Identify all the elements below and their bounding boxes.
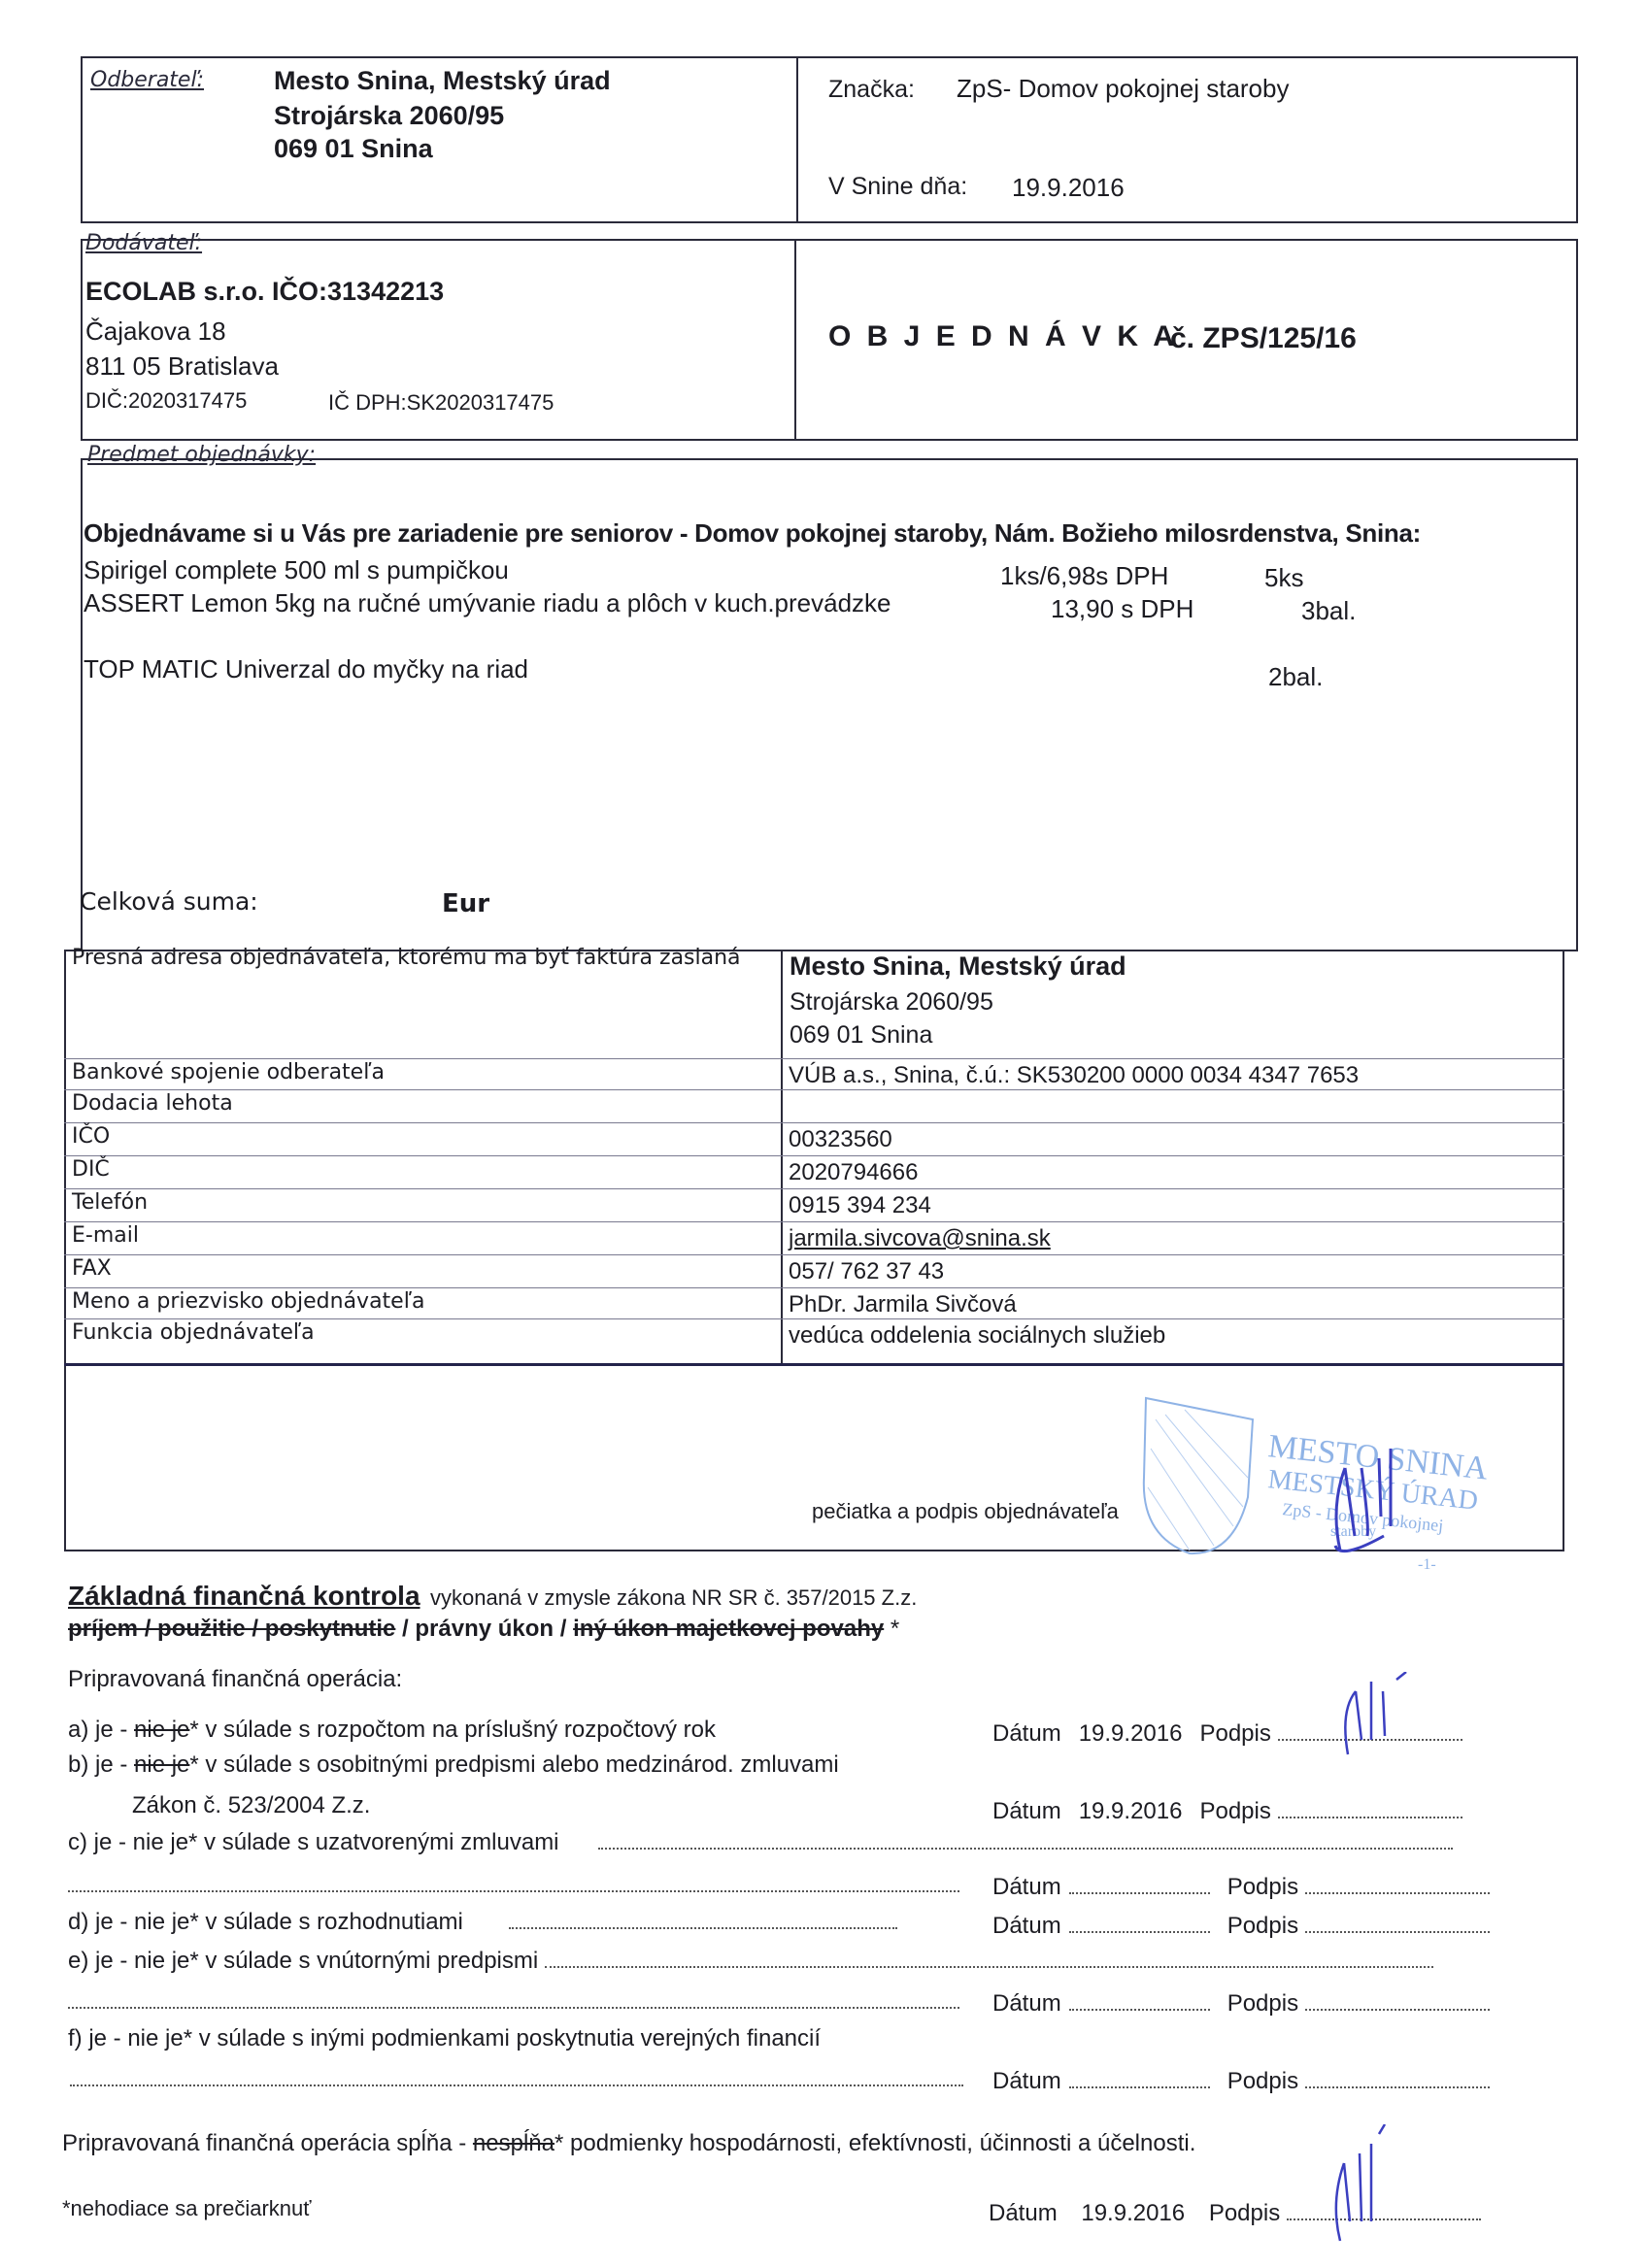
supplier-city: 811 05 Bratislava <box>85 351 279 382</box>
city-stamp-icon: MESTO SNINA MESTSKÝ ÚRAD ZpS - Domov pok… <box>1136 1390 1583 1584</box>
row-divider <box>64 1155 1564 1156</box>
item-qty: 3bal. <box>1301 596 1356 626</box>
sign-row: DátumPodpis <box>992 1990 1490 2018</box>
sign-label: Podpis <box>1199 1720 1270 1747</box>
supplier-divider <box>794 239 796 441</box>
fill-line[interactable] <box>1069 1931 1210 1933</box>
sign-label: Podpis <box>1227 1874 1298 1900</box>
fill-line[interactable] <box>1305 2009 1490 2011</box>
subject-intro: Objednávame si u Vás pre zariadenie pre … <box>84 518 1421 549</box>
control-title: Základná finančná kontrola <box>68 1581 420 1611</box>
struck-type-1: príjem / použitie / poskytnutie <box>68 1616 395 1642</box>
date-label: V Snine dňa: <box>828 173 967 201</box>
detail-value: 0915 394 234 <box>789 1192 931 1219</box>
fill-row <box>68 1988 959 2016</box>
date-label: Dátum <box>992 2068 1061 2094</box>
sign-label: Podpis <box>1227 1913 1298 1939</box>
row-divider <box>64 1089 1564 1090</box>
details-bottom-divider <box>64 1363 1564 1366</box>
detail-label: Funkcia objednávateľa <box>72 1320 315 1345</box>
supplier-street: Čajakova 18 <box>85 317 226 347</box>
detail-label: DIČ <box>72 1157 110 1182</box>
item-name: ASSERT Lemon 5kg na ručné umývanie riadu… <box>84 588 891 618</box>
sign-label: Podpis <box>1199 1798 1270 1824</box>
odberatel-name: Mesto Snina, Mestský úrad <box>274 66 611 96</box>
detail-label: FAX <box>72 1256 112 1281</box>
final-date: 19.9.2016 <box>1081 2200 1185 2226</box>
total-label: Celková suma: <box>80 887 258 916</box>
fill-line[interactable] <box>68 1890 959 1892</box>
control-item-e: e) je - nie je* v súlade s vnútornými pr… <box>68 1948 1433 1975</box>
supplier-ic-dph: IČ DPH:SK2020317475 <box>328 390 554 416</box>
fill-line[interactable] <box>1069 2009 1210 2011</box>
separator: / <box>395 1616 415 1642</box>
order-number: č. ZPS/125/16 <box>1170 322 1357 355</box>
address-label: Presná adresa objednávateľa, ktorému ma … <box>72 946 741 970</box>
control-item-f: f) je - nie je* v súlade s inými podmien… <box>68 2025 821 2052</box>
row-divider <box>64 1058 1564 1059</box>
total-currency: Eur <box>442 889 489 918</box>
conclusion-struck: nespĺňa <box>473 2130 555 2156</box>
separator: / <box>554 1616 573 1642</box>
fill-line[interactable] <box>1305 2086 1490 2088</box>
sign-row: DátumPodpis <box>992 1913 1490 1940</box>
detail-label: Bankové spojenie odberateľa <box>72 1060 385 1084</box>
date-label: Dátum <box>992 1990 1061 2017</box>
detail-label: Dodacia lehota <box>72 1091 233 1116</box>
signature-icon <box>1321 2124 1408 2260</box>
item-price: 13,90 s DPH <box>1051 594 1193 624</box>
kept-type: právny úkon <box>415 1616 554 1642</box>
control-item-b-law: Zákon č. 523/2004 Z.z. <box>132 1792 370 1819</box>
row-divider <box>64 1287 1564 1288</box>
control-type-line: príjem / použitie / poskytnutie / právny… <box>68 1616 899 1643</box>
subject-label: Predmet objednávky: <box>87 443 316 467</box>
detail-value: 057/ 762 37 43 <box>789 1258 944 1285</box>
fill-row <box>70 2066 963 2093</box>
detail-label: Telefón <box>72 1190 148 1215</box>
detail-label: IČO <box>72 1124 110 1149</box>
struck-type-2: iný úkon majetkovej povahy <box>573 1616 884 1642</box>
item-qty: 5ks <box>1264 563 1303 593</box>
control-item-c: c) je - nie je* v súlade s uzatvorenými … <box>68 1829 1453 1856</box>
control-title-suffix: vykonaná v zmysle zákona NR SR č. 357/20… <box>430 1585 917 1610</box>
znacka-value: ZpS- Domov pokojnej staroby <box>957 74 1289 104</box>
address-name: Mesto Snina, Mestský úrad <box>790 951 1126 982</box>
sign-row: DátumPodpis <box>992 2068 1490 2095</box>
date-value: 19.9.2016 <box>1079 1720 1183 1747</box>
fill-row <box>68 1872 959 1899</box>
date-label: Dátum <box>992 1874 1061 1900</box>
fill-line[interactable] <box>1069 2086 1210 2088</box>
item-price: 1ks/6,98s DPH <box>1000 561 1168 591</box>
supplier-name: ECOLAB s.r.o. IČO:31342213 <box>85 277 444 307</box>
header-divider <box>796 56 798 223</box>
supplier-dic: DIČ:2020317475 <box>85 388 247 414</box>
address-city: 069 01 Snina <box>790 1021 932 1050</box>
item-qty: 2bal. <box>1268 662 1323 692</box>
detail-value: 2020794666 <box>789 1159 918 1186</box>
sign-row: DátumPodpis <box>992 1874 1490 1901</box>
fill-line[interactable] <box>70 2085 963 2086</box>
footnote: *nehodiace sa prečiarknuť <box>62 2196 312 2221</box>
control-item-d: d) je - nie je* v súlade s rozhodnutiami <box>68 1909 897 1936</box>
row-divider <box>64 1188 1564 1189</box>
row-divider <box>64 1318 1564 1319</box>
odberatel-label: Odberateľ: <box>90 68 204 92</box>
control-item-b: b) je - nie je* v súlade s osobitnými pr… <box>68 1751 839 1779</box>
fill-line[interactable] <box>1305 1931 1490 1933</box>
conclusion-pre: Pripravovaná finančná operácia spĺňa - <box>62 2130 473 2156</box>
sign-label: Podpis <box>1209 2200 1280 2226</box>
address-street: Strojárska 2060/95 <box>790 988 993 1017</box>
signature-icon <box>1338 1672 1445 1759</box>
date-label: Dátum <box>992 1798 1061 1824</box>
fill-line[interactable] <box>1278 1817 1462 1818</box>
odberatel-street: Strojárska 2060/95 <box>274 101 504 131</box>
fill-line[interactable] <box>68 2007 959 2009</box>
asterisk: * <box>884 1616 899 1642</box>
detail-value: vedúca oddelenia sociálnych služieb <box>789 1322 1165 1350</box>
date-label: Dátum <box>992 1720 1061 1747</box>
odberatel-city: 069 01 Snina <box>274 134 433 164</box>
operation-label: Pripravovaná finančná operácia: <box>68 1666 402 1693</box>
date-value: 19.9.2016 <box>1012 173 1125 203</box>
row-divider <box>64 1122 1564 1123</box>
fill-line[interactable] <box>545 1966 1433 1968</box>
fill-line[interactable] <box>598 1848 1453 1850</box>
detail-label: E-mail <box>72 1223 139 1248</box>
item-name: TOP MATIC Univerzal do myčky na riad <box>84 654 528 684</box>
detail-value[interactable]: jarmila.sivcova@snina.sk <box>789 1225 1051 1252</box>
detail-value: 00323560 <box>789 1126 892 1153</box>
detail-value: VÚB a.s., Snina, č.ú.: SK530200 0000 003… <box>789 1062 1359 1089</box>
sign-row: Dátum19.9.2016Podpis <box>992 1798 1462 1825</box>
details-divider <box>781 950 783 1365</box>
order-title: O B J E D N Á V K A <box>828 320 1178 353</box>
row-divider <box>64 1254 1564 1255</box>
stamp-caption: pečiatka a podpis objednávateľa <box>812 1499 1119 1524</box>
detail-label: Meno a priezvisko objednávateľa <box>72 1289 424 1314</box>
fill-line[interactable] <box>1069 1892 1210 1894</box>
date-label: Dátum <box>989 2200 1058 2226</box>
date-value: 19.9.2016 <box>1079 1798 1183 1824</box>
svg-text:-1-: -1- <box>1418 1556 1436 1573</box>
fill-line[interactable] <box>509 1927 897 1929</box>
sign-label: Podpis <box>1227 1990 1298 2017</box>
detail-value: PhDr. Jarmila Sivčová <box>789 1291 1017 1318</box>
supplier-label: Dodávateľ: <box>85 231 202 255</box>
fill-line[interactable] <box>1305 1892 1490 1894</box>
control-item-a: a) je - nie je* v súlade s rozpočtom na … <box>68 1717 716 1744</box>
znacka-label: Značka: <box>828 76 915 104</box>
sign-label: Podpis <box>1227 2068 1298 2094</box>
control-heading: Základná finančná kontrola vykonaná v zm… <box>68 1581 917 1612</box>
row-divider <box>64 1221 1564 1222</box>
date-label: Dátum <box>992 1913 1061 1939</box>
item-name: Spirigel complete 500 ml s pumpičkou <box>84 555 509 585</box>
conclusion: Pripravovaná finančná operácia spĺňa - n… <box>62 2130 1195 2157</box>
conclusion-post: * podmienky hospodárnosti, efektívnosti,… <box>555 2130 1195 2156</box>
